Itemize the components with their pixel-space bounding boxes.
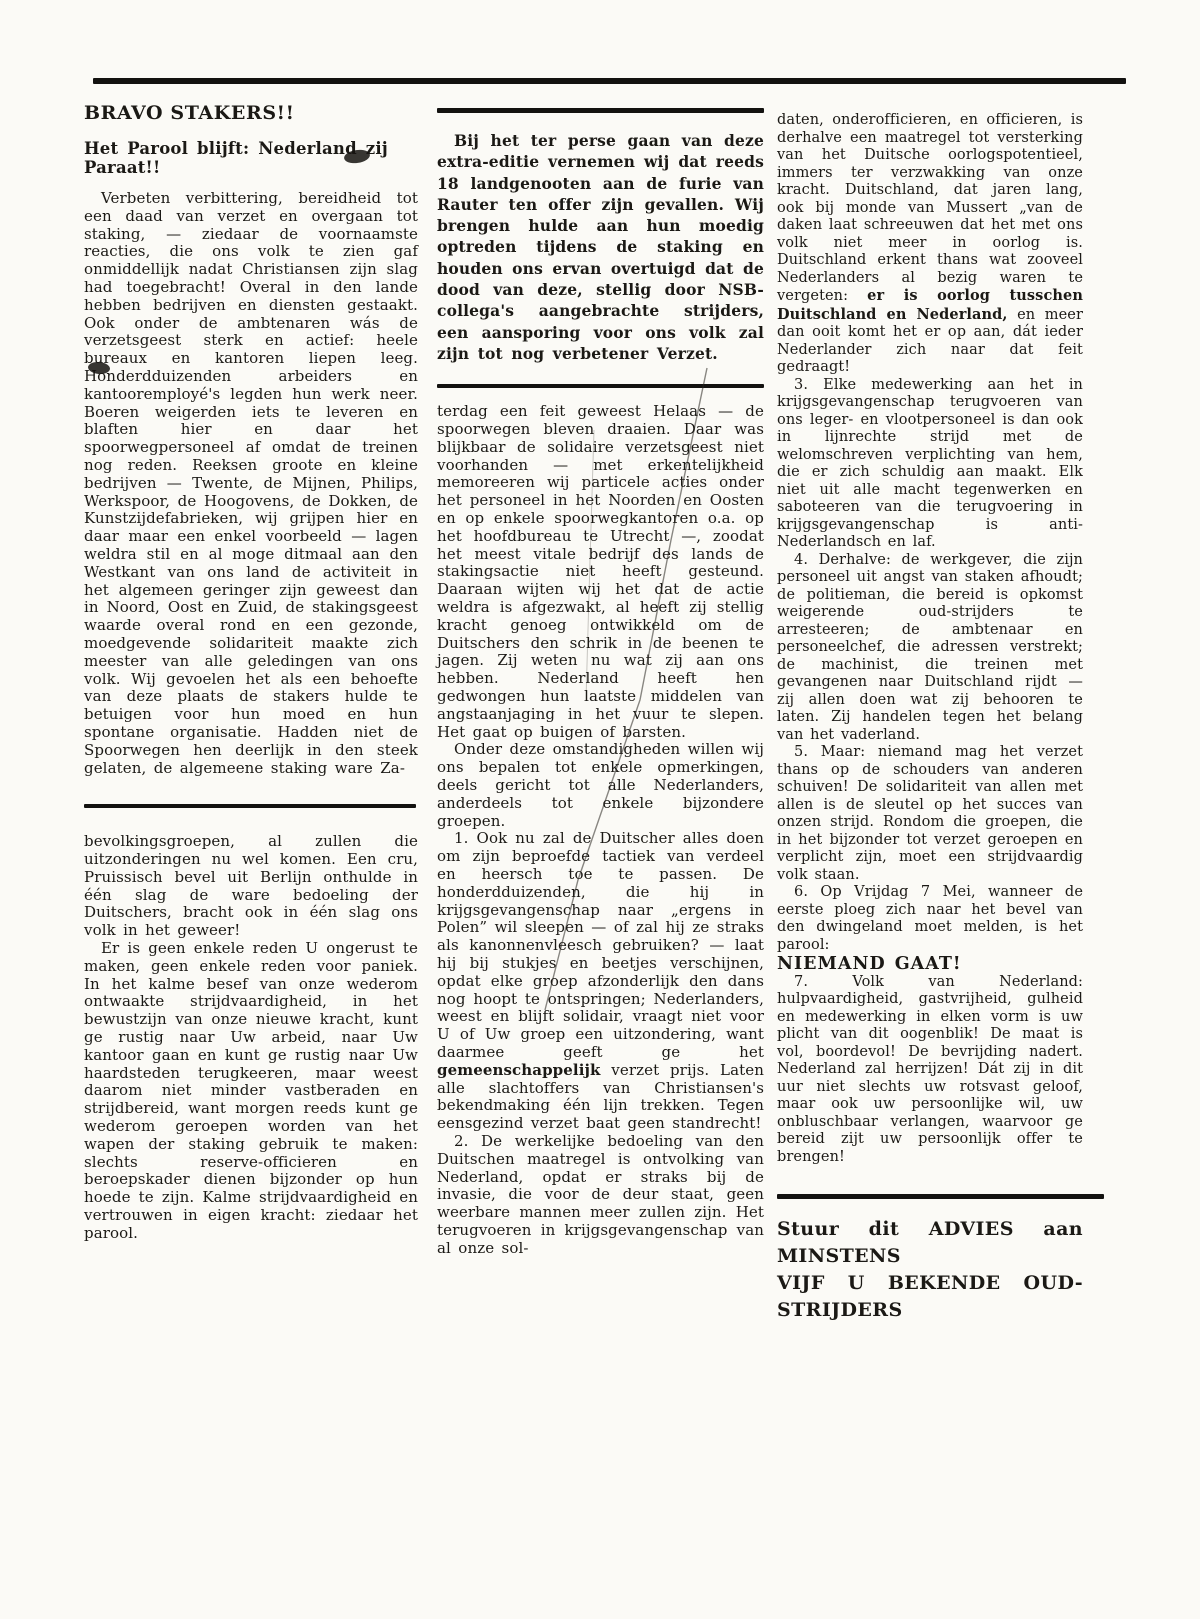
numbered-item-4: 4. Derhalve: de werkgever, die zijn pers… [777, 552, 1083, 745]
paragraph-text: daten, onderofficieren, en officieren, i… [777, 112, 1083, 304]
paragraph-text: 1. Ook nu zal de Duitscher alles doen om… [437, 829, 764, 1061]
section-divider-rule [84, 804, 416, 808]
numbered-item-6: 6. Op Vrijdag 7 Mei, wanneer de eerste p… [777, 884, 1083, 974]
numbered-item-5: 5. Maar: niemand mag het verzet thans op… [777, 744, 1083, 884]
advice-line: VIJF U BEKENDE OUD-STRIJDERS [777, 1270, 1083, 1324]
paragraph: bevolkingsgroepen, al zullen die uitzond… [84, 833, 418, 940]
numbered-item-3: 3. Elke medewerking aan het in krijgsgev… [777, 377, 1083, 552]
masthead-rule [93, 78, 1126, 84]
article-heading: BRAVO STAKERS!! [84, 102, 418, 124]
advice-top-rule [777, 1194, 1104, 1199]
paragraph: daten, onderofficieren, en officieren, i… [777, 112, 1083, 377]
paragraph: Er is geen enkele reden U ongerust te ma… [84, 940, 418, 1243]
stop-press-bulletin: Bij het ter perse gaan van deze extra-ed… [437, 130, 764, 364]
paragraph: Onder deze omstandigheden willen wij ons… [437, 741, 764, 830]
column-middle: Bij het ter perse gaan van deze extra-ed… [437, 108, 764, 1258]
paragraph-text: 6. Op Vrijdag 7 Mei, wanneer de eerste p… [777, 884, 1083, 953]
newspaper-page: BRAVO STAKERS!! Het Parool blijft: Neder… [0, 0, 1200, 1619]
numbered-item-2: 2. De werkelijke bedoeling van den Duits… [437, 1133, 764, 1258]
emphasis-text: gemeenschappelijk [437, 1061, 601, 1079]
numbered-item-1: 1. Ook nu zal de Duitscher alles doen om… [437, 830, 764, 1133]
bulletin-top-rule [437, 108, 764, 113]
slogan-niemand-gaat: NIEMAND GAAT! [777, 956, 1083, 974]
paragraph: terdag een feit geweest Helaas — de spoo… [437, 403, 764, 741]
column-right: daten, onderofficieren, en officieren, i… [777, 112, 1083, 1324]
bulletin-bottom-rule [437, 384, 764, 388]
numbered-item-7: 7. Volk van Nederland: hulpvaardigheid, … [777, 974, 1083, 1167]
column-left: BRAVO STAKERS!! Het Parool blijft: Neder… [84, 102, 418, 1243]
advice-callout: Stuur dit ADVIES aan MINSTENS VIJF U BEK… [777, 1216, 1083, 1324]
paragraph: Verbeten verbittering, bereidheid tot ee… [84, 190, 418, 777]
advice-line: Stuur dit ADVIES aan MINSTENS [777, 1216, 1083, 1270]
